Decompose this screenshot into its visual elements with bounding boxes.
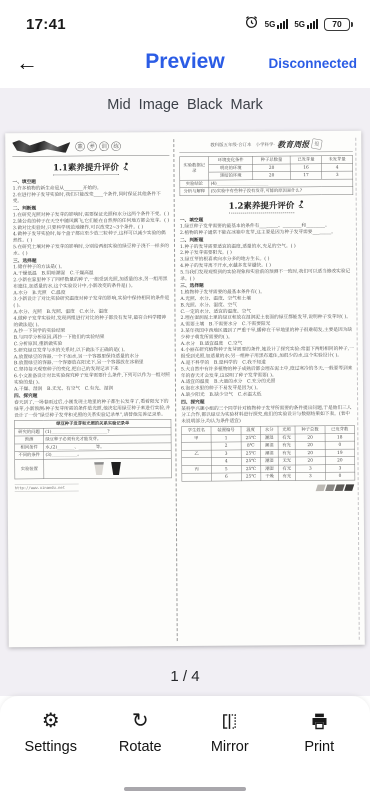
table-cell: 0 <box>325 472 355 480</box>
settings-button[interactable]: ⚙ Settings <box>10 711 92 755</box>
print-button[interactable]: Print <box>278 711 360 755</box>
table-cell: 甲 <box>182 434 212 442</box>
status-bar: 17:41 5G 5G 70 <box>0 0 370 40</box>
table-cell: 6 <box>211 473 241 481</box>
printer-icon <box>309 711 330 732</box>
back-button[interactable]: ← <box>16 49 38 77</box>
table-cell: 相同条件 <box>15 444 44 452</box>
banner-title: 素 养 训 练 <box>75 141 121 151</box>
table-cell: 潮湿 <box>261 465 278 473</box>
table-cell: 潮湿 <box>261 442 278 450</box>
newspaper-brand: 教育周报 <box>277 138 309 150</box>
table-cell: 丙 <box>182 465 212 473</box>
table-cell: 5 <box>211 465 241 473</box>
table-header-cell: 已发芽数 <box>325 426 355 434</box>
table-header-cell: 已发芽量 <box>290 156 321 164</box>
rotate-button[interactable]: ↻ Rotate <box>99 711 181 755</box>
connection-status-button[interactable]: Disconnected <box>268 56 357 71</box>
table-header-cell: 未发芽量 <box>321 156 352 164</box>
table-cell: (5)实验中有些种子没有发芽,可能的原因是什么? <box>209 187 353 196</box>
table-cell: 3 <box>296 472 326 480</box>
table-cell: 25℃ <box>241 473 261 481</box>
table-cell: 3 <box>325 464 355 472</box>
table-cell: 3 <box>295 465 325 473</box>
stick-figure-icon <box>122 162 129 173</box>
table-cell: 不同的条件 <box>15 451 44 459</box>
section-title-row: 1.1素养提升评价 <box>12 160 169 176</box>
newspaper-stamp-icon: 报 <box>311 138 323 150</box>
table-cell: 潮湿 <box>261 457 278 465</box>
table-header-cell: 学生姓名 <box>182 427 212 435</box>
doc-line: 2.小新在家里种下了同样数量的种子,一组受到光照,加适量的水,另一组用黑布遮住,… <box>13 276 170 290</box>
document-footer-url: http://www.xinandu.net <box>15 484 79 492</box>
stick-figure-icon <box>297 200 304 211</box>
doc-line: 4.小丽在研究植物种子发芽需要的条件,她设计了探究实验:常温下两组相同的种子,一… <box>181 346 355 360</box>
table-cell: 1 <box>211 434 241 442</box>
table-cell: 20 <box>295 434 325 442</box>
experiment-data-table: 实验数据记录 环境变化条件 种子总数量 已发芽量 未发芽量 明亮的环境 20 1… <box>179 155 353 195</box>
doc-line: 5.当我们发现观察到的实验现象和实验前的预测不一致时,我们可以适当修改实验记录。… <box>180 268 354 282</box>
doc-line: 2.植物的种子通常不能在冰箱中发芽,这主要是因为种子发芽需要________。 <box>180 229 354 237</box>
table-cell: 20 <box>295 441 325 449</box>
table-cell: 8℃ <box>241 442 261 450</box>
table-header-cell: 光照 <box>278 426 295 434</box>
table-cell: 无光 <box>278 457 295 465</box>
table-cell: 潮湿 <box>261 434 278 442</box>
record-sheet-table: 绿豆种子发芽和光照的关系实验记录单 研究的问题 (1)_____________… <box>14 419 171 479</box>
banner-char: 素 <box>75 141 85 151</box>
table-cell: 4 <box>211 457 241 465</box>
battery-level: 70 <box>332 19 341 29</box>
home-indicator-handle[interactable] <box>124 787 246 792</box>
table-header-cell: 装置编号 <box>211 426 241 434</box>
mirror-label: Mirror <box>211 739 249 755</box>
print-mode-label: Mid Image Black Mark <box>0 88 370 113</box>
signal-bars-icon <box>307 19 318 29</box>
table-cell: 0 <box>325 441 355 449</box>
experiment-cups-image <box>45 460 169 478</box>
alarm-clock-icon <box>244 14 259 34</box>
table-cell: 20 <box>325 457 355 465</box>
table-cell: 16 <box>290 164 321 172</box>
doc-line: 某科学兴趣小组的三个同学针对植物种子发芽所需要的条件提出问题,于是他们三人分工合… <box>181 405 355 425</box>
signal-bars-icon <box>277 19 288 29</box>
table-cell: 20 <box>295 449 325 457</box>
document-banner: 素 养 训 练 <box>12 139 169 157</box>
signal-icon-sim1: 5G <box>265 19 289 29</box>
bottom-toolbar: ⚙ Settings ↻ Rotate Mirror <box>0 696 370 800</box>
clock-time: 17:41 <box>26 16 66 33</box>
table-cell: 25℃ <box>241 434 261 442</box>
table-cell: 有光 <box>278 465 295 473</box>
doc-line: 春天到了,一场春雨过后,小刚发现土地里的种子都生长发芽了,看着阳光下的绿芽,小新… <box>14 399 171 419</box>
doc-line: 4.做种子发芽实验时,每个盒子都应至少放三粒种子,这样可以减少实验的偶然性。( … <box>13 230 170 244</box>
section-title: 1.2素养提升评价 <box>229 198 295 213</box>
table-cell: 有光 <box>278 449 295 457</box>
doc-table: 学生姓名装置编号温度水分光照种子总数已发芽数甲125℃潮湿有光201828℃潮湿… <box>181 425 355 481</box>
document-content: 素 养 训 练 1.1素养提升评价 一、填空题1.许多植物的新生命 <box>5 131 365 647</box>
app-header: ← Preview Disconnected <box>0 40 370 88</box>
table-cell: 25℃ <box>241 457 261 465</box>
table-cell: 3 <box>322 171 353 179</box>
table-cell <box>44 458 172 478</box>
preview-area: Mid Image Black Mark 素 养 训 练 <box>0 88 370 696</box>
table-cell: 17 <box>290 171 321 179</box>
table-cell: 有光 <box>278 472 295 480</box>
banner-char: 练 <box>111 141 121 151</box>
question-list-right: 一、填空题1.绿豆种子发芽需要的最基本的条件有________、________… <box>180 216 355 425</box>
newspaper-header: 教科版五年级·合订本 小学科学· 教育周报 报 <box>179 138 353 153</box>
rotate-label: Rotate <box>119 739 162 755</box>
table-cell <box>182 473 212 481</box>
doc-line: 4.做种子发芽实验时,发现两组进行对比的种子都没有发芽,最符合科学精神的做法是(… <box>13 314 170 328</box>
status-icons: 5G 5G 70 <box>244 14 350 34</box>
table-cell: 预测 <box>15 436 44 444</box>
back-arrow-icon: ← <box>16 50 38 75</box>
table-cell: 2 <box>211 442 241 450</box>
document-preview-page[interactable]: 素 养 训 练 1.1素养提升评价 一、填空题1.许多植物的新生命 <box>5 131 365 647</box>
table-cell: 乙 <box>182 450 212 458</box>
ink-artwork <box>12 140 70 153</box>
battery-icon: 70 <box>324 18 350 31</box>
section-title-row: 1.2素养提升评价 <box>180 198 354 214</box>
doc-line: 3.小新设计了对比实验研究温度对种子发芽的影响,实验中保持相同的条件是( )。 <box>13 295 170 309</box>
question-list-left: 一、填空题1.许多植物的新生命是从________开始的。2.在进行种子发芽实验… <box>13 178 172 419</box>
student-results-table: 学生姓名装置编号温度水分光照种子总数已发芽数甲125℃潮湿有光201828℃潮湿… <box>181 425 355 481</box>
table-cell: 潮湿 <box>261 449 278 457</box>
table-cell: 有光 <box>278 434 295 442</box>
table-cell: 25℃ <box>241 465 261 473</box>
doc-line: 6.小文准备设计对比实验探究种子发芽需要什么条件,下列可以作为一组对照实验的是(… <box>14 372 171 386</box>
page-title: Preview <box>145 50 224 74</box>
publisher-logo <box>182 484 356 492</box>
edition-label: 教科版五年级·合订本 小学科学· <box>210 141 274 148</box>
doc-line: A.缺少阳光 B.缺少空气 C.水温太低 <box>181 391 355 399</box>
table-cell: 分析与解释 <box>180 188 209 196</box>
table-cell: 实验装置 <box>15 459 44 479</box>
dark-cup-image <box>111 462 122 475</box>
page-indicator: 1 / 4 <box>0 668 370 685</box>
table-cell: 3 <box>211 450 241 458</box>
light-cup-image <box>94 462 105 475</box>
network-type-label: 5G <box>265 20 276 29</box>
table-cell <box>182 442 212 450</box>
doc-line: 3.某年我国中西地区遇到了严重干旱,播种在干旱地里的种子很难萌发,主要是因为缺少… <box>181 327 355 341</box>
table-cell: 25℃ <box>241 449 261 457</box>
doc-line: 5.在研究土壤对种子发芽的影响时,分别给两组实验的绿豆种子浇不一样多的水。( ) <box>13 243 170 257</box>
doc-line: 5.大自然中有许多植物的种子成熟后都会埋在泥土中,度过寒冷的冬天,一般要等到来年… <box>181 365 355 379</box>
gear-icon: ⚙ <box>42 711 60 732</box>
table-cell <box>182 458 212 466</box>
section-title: 1.1素养提升评价 <box>53 160 119 175</box>
table-header-cell: 温度 <box>241 426 261 434</box>
settings-label: Settings <box>25 739 77 755</box>
table-cell: 18 <box>325 433 355 441</box>
banner-char: 养 <box>87 141 97 151</box>
rotate-icon: ↻ <box>132 711 149 732</box>
doc-line: A.干燥、湿润 B.无光、有空气 C.有光、湿润 <box>14 385 171 392</box>
table-cell: 有光 <box>278 441 295 449</box>
table-header-cell: 种子总数 <box>295 426 325 434</box>
table-header-cell: 水分 <box>261 426 278 434</box>
table-cell: 实验数据记录 <box>180 157 209 180</box>
table-cell: 19 <box>325 449 355 457</box>
document-right-column: 教科版五年级·合订本 小学科学· 教育周报 报 实验数据记录 环境变化条件 种子… <box>173 138 360 641</box>
print-label: Print <box>304 739 334 755</box>
table-cell: 研究的问题 <box>15 428 44 436</box>
table-cell: 干燥 <box>261 473 278 481</box>
signal-icon-sim2: 5G <box>294 19 318 29</box>
mirror-icon <box>219 711 240 732</box>
table-cell: 实验结论 <box>180 180 209 188</box>
doc-line: 2.在进行种子发芽实验时,我们只能改变____个条件,同时保证其他条件不变。 <box>13 191 170 205</box>
table-cell: 20 <box>295 457 325 465</box>
network-type-label: 5G <box>294 20 305 29</box>
mirror-button[interactable]: Mirror <box>189 711 271 755</box>
document-left-column: 素 养 训 练 1.1素养提升评价 一、填空题1.许多植物的新生命 <box>12 139 177 642</box>
phone-screen: 17:41 5G 5G 70 <box>0 0 370 800</box>
table-cell: 4 <box>322 163 353 171</box>
banner-char: 训 <box>99 141 109 151</box>
